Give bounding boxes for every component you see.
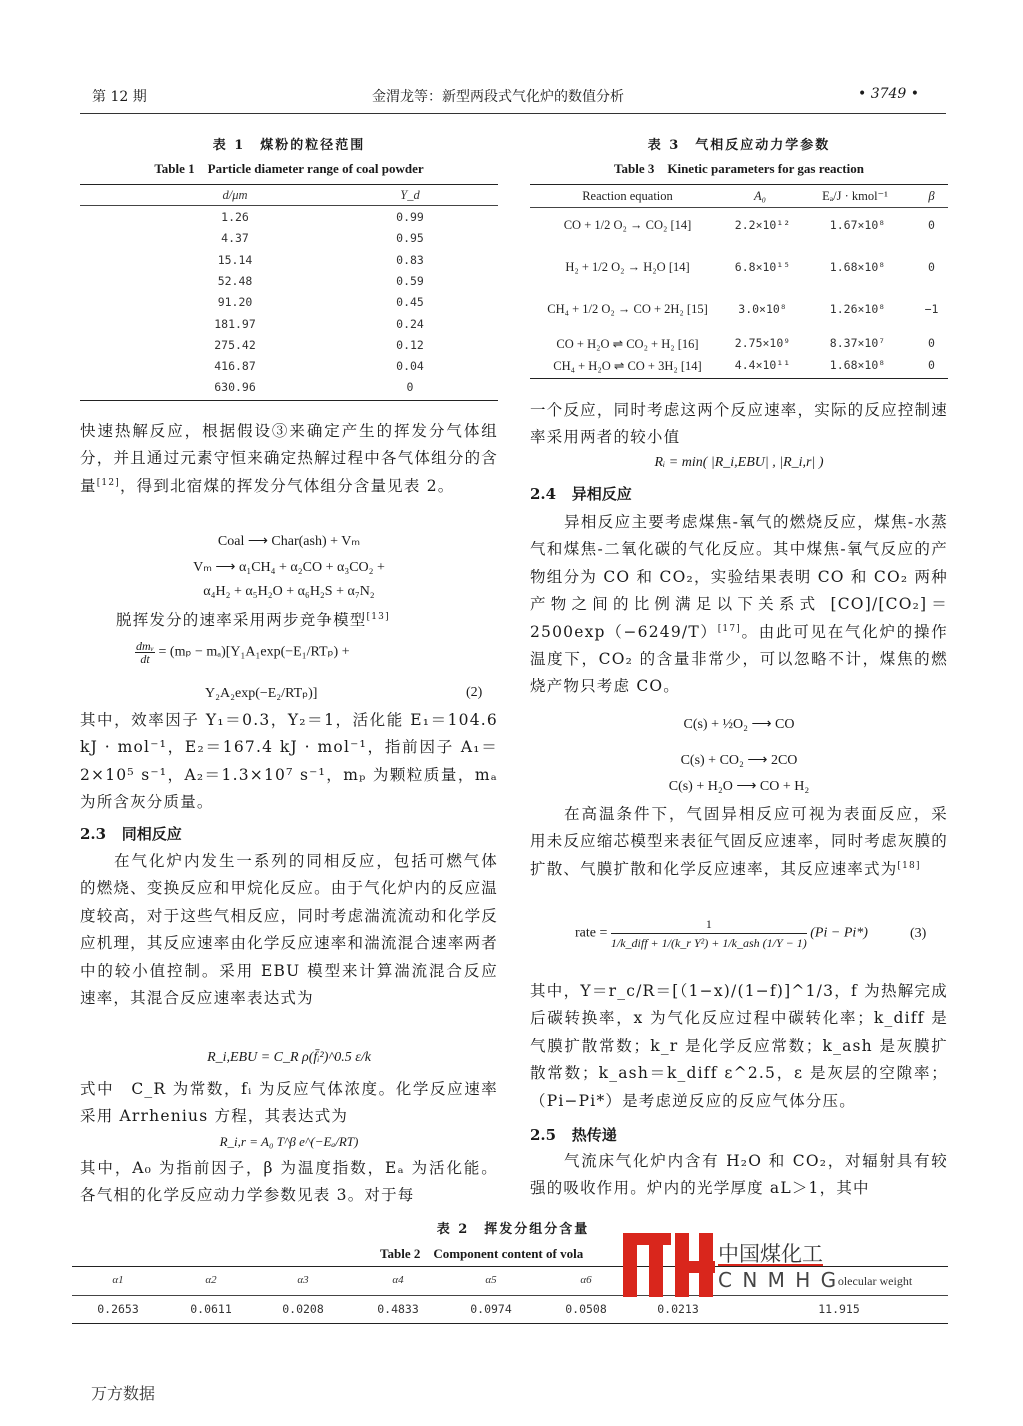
table2-caption-cn: 表 2 挥发分组分含量: [80, 1218, 946, 1237]
table1-cell-d: 275.42: [155, 338, 315, 352]
table1-cell-d: 91.20: [155, 295, 315, 309]
table1-caption-en: Table 1 Particle diameter range of coal …: [80, 158, 498, 177]
left-paragraph-4: 在气化炉内发生一系列的同相反应，包括可燃气体的燃烧、变换反应和甲烷化反应。由于气…: [80, 848, 498, 1012]
right-paragraph-4: 其中，Y＝r_c/R＝[（1−x)/(1−f)]^1/3，f 为热解完成后碳转换…: [530, 978, 948, 1115]
table3-header-rule: [530, 207, 948, 208]
watermark-divider: [718, 1264, 823, 1266]
table1-cell-yd: 0.99: [385, 210, 435, 224]
table2-header-rule: [72, 1295, 948, 1296]
table1-cell-yd: 0.95: [385, 231, 435, 245]
table1-cell-yd: 0.04: [385, 359, 435, 373]
table3-cell-beta: 0: [915, 336, 948, 350]
table2-cell: 0.4833: [352, 1302, 444, 1316]
table2-col-header: α5: [445, 1274, 537, 1286]
table1-col-yd: Y_d: [385, 188, 435, 203]
table3-cell-ea: 1.67×10⁸: [800, 218, 915, 232]
left-paragraph-3: 其中，效率因子 Y₁＝0.3，Y₂＝1，活化能 E₁＝104.6 kJ · mo…: [80, 707, 498, 817]
running-title: 金渭龙等：新型两段式气化炉的数值分析: [372, 86, 624, 106]
section-2-5-heading: 2.5 热传递: [530, 1124, 617, 1145]
table3-cell-beta: 0: [915, 260, 948, 274]
table1-cell-d: 15.14: [155, 253, 315, 267]
table2-bottom-rule: [72, 1323, 948, 1324]
citation: [17]: [718, 623, 741, 633]
table3-cell-equation: H₂ + 1/2 O₂ → H₂O [14]: [530, 260, 725, 275]
table2-cell: 11.915: [730, 1302, 948, 1316]
table3-cell-ea: 1.68×10⁸: [800, 358, 915, 372]
watermark-en-text: C N M H G: [718, 1268, 838, 1292]
table1-cell-d: 1.26: [155, 210, 315, 224]
cnmhg-logo-icon: [623, 1233, 713, 1297]
table2-col-header: α1: [72, 1274, 164, 1286]
equation-3-number: (3): [910, 926, 926, 942]
table2-col-header: α2: [165, 1274, 257, 1286]
table2-caption-en: Table 2 Component content of vola: [380, 1243, 583, 1262]
equation-2-line-2: Y₂A₂exp(−E₂/RTₚ)]: [205, 685, 317, 702]
right-paragraph-2: 异相反应主要考虑煤焦-氧气的燃烧反应，煤焦-水蒸气和煤焦-二氧化碳的气化反应。其…: [530, 509, 948, 701]
equation-char-steam: C(s) + H₂O ⟶ CO + H₂: [530, 778, 948, 795]
section-2-4-heading: 2.4 异相反应: [530, 483, 632, 504]
equation-coal-pyrolysis: Coal ⟶ Char(ash) + Vₘ: [80, 533, 498, 550]
table1-caption-cn: 表 1 煤粉的粒径范围: [80, 134, 498, 153]
table2-cell: 0.2653: [72, 1302, 164, 1316]
table3-cell-a0: 2.2×10¹²: [725, 218, 800, 232]
page-number: • 3749 •: [858, 86, 919, 102]
table3-cell-equation: CO + H₂O ⇌ CO₂ + H₂ [16]: [530, 336, 725, 352]
right-paragraph-1: 一个反应，同时考虑这两个反应速率，实际的反应控制速率采用两者的较小值: [530, 397, 948, 452]
table3-cell-equation: CH₄ + 1/2 O₂ → CO + 2H₂ [15]: [530, 302, 725, 317]
left-paragraph-5: 式中 C_R 为常数，fᵢ 为反应气体浓度。化学反应速率采用 Arrhenius…: [80, 1076, 498, 1131]
table1-cell-d: 52.48: [155, 274, 315, 288]
table3-col-ea: Eₐ/J · kmol⁻¹: [795, 186, 915, 206]
table3-col-beta: β: [915, 186, 948, 206]
table1-bottom-rule: [80, 400, 498, 401]
table1-header-rule: [80, 205, 498, 206]
table2-cell: 0.0508: [540, 1302, 632, 1316]
section-2-3-heading: 2.3 同相反应: [80, 823, 182, 844]
table1-col-d: d/μm: [155, 188, 315, 203]
table1-cell-yd: 0.59: [385, 274, 435, 288]
table2-col-header: α4: [352, 1274, 444, 1286]
equation-char-co2: C(s) + CO₂ ⟶ 2CO: [530, 752, 948, 769]
table3-top-rule: [530, 184, 948, 185]
left-paragraph-1: 快速热解反应，根据假设③来确定产生的挥发分气体组分，并且通过元素守恒来确定热解过…: [80, 418, 498, 500]
table1-cell-yd: 0.83: [385, 253, 435, 267]
left-paragraph-6: 其中，A₀ 为指前因子，β 为温度指数，Eₐ 为活化能。各气相的化学反应动力学参…: [80, 1155, 498, 1210]
table3-cell-ea: 1.68×10⁸: [800, 260, 915, 274]
table3-cell-equation: CH₄ + H₂O ⇌ CO + 3H₂ [14]: [530, 358, 725, 374]
equation-char-oxygen: C(s) + ½O₂ ⟶ CO: [530, 716, 948, 733]
table2-col-header: α6: [540, 1274, 632, 1286]
table1-cell-d: 181.97: [155, 317, 315, 331]
table1-cell-yd: 0.45: [385, 295, 435, 309]
table2-cell: 0.0974: [445, 1302, 537, 1316]
table3-cell-equation: CO + 1/2 O₂ → CO₂ [14]: [530, 218, 725, 233]
citation: [12]: [97, 478, 120, 488]
table1-top-rule: [80, 184, 498, 185]
table2-col-header: α3: [257, 1274, 349, 1286]
equation-min-rate: Rᵢ = min( |R_i,EBU| , |R_i,r| ): [530, 455, 948, 471]
table3: Reaction equation A₀ Eₐ/J · kmol⁻¹ β: [530, 186, 948, 206]
header-rule: [80, 113, 946, 114]
table3-caption-cn: 表 3 气相反应动力学参数: [530, 134, 948, 153]
equation-volatile-2: α₄H₂ + α₅H₂O + α₆H₂S + α₇N₂: [80, 584, 498, 600]
right-paragraph-5: 气流床气化炉内含有 H₂O 和 CO₂，对辐射具有较强的吸收作用。炉内的光学厚度…: [530, 1148, 948, 1203]
table2-cell: 0.0611: [165, 1302, 257, 1316]
footer-source: 万方数据: [91, 1381, 155, 1404]
table3-cell-a0: 3.0×10⁸: [725, 302, 800, 316]
right-paragraph-3: 在高温条件下，气固异相反应可视为表面反应，采用未反应缩芯模型来表征气固反应速率，…: [530, 801, 948, 883]
table3-header-row: Reaction equation A₀ Eₐ/J · kmol⁻¹ β: [530, 186, 948, 206]
table3-caption-en: Table 3 Kinetic parameters for gas react…: [530, 158, 948, 177]
table3-cell-beta: 0: [915, 358, 948, 372]
citation: [18]: [897, 861, 920, 871]
table1-cell-d: 4.37: [155, 231, 315, 245]
table3-cell-beta: 0: [915, 218, 948, 232]
left-paragraph-2: 脱挥发分的速率采用两步竞争模型[13]: [116, 607, 496, 634]
table3-cell-a0: 6.8×10¹⁵: [725, 260, 800, 274]
table1-cell-d: 630.96: [155, 380, 315, 394]
table3-cell-beta: −1: [915, 302, 948, 316]
table1-cell-d: 416.87: [155, 359, 315, 373]
table3-bottom-rule: [530, 378, 948, 379]
equation-3: rate = 1 1/k_diff + 1/(k_r Y²) + 1/k_ash…: [575, 915, 868, 952]
table3-col-reaction: Reaction equation: [530, 186, 725, 206]
issue-label: 第 12 期: [92, 86, 147, 106]
table1-cell-yd: 0.12: [385, 338, 435, 352]
table3-cell-ea: 8.37×10⁷: [800, 336, 915, 350]
equation-2-number: (2): [466, 685, 482, 701]
table3-col-a0: A₀: [725, 186, 795, 206]
equation-ebu: R_i,EBU = C_R ρ(f̄ᵢ²)^0.5 ε/k: [80, 1050, 498, 1066]
table3-cell-a0: 2.75×10⁹: [725, 336, 800, 350]
table1-cell-yd: 0: [385, 380, 435, 394]
table1-cell-yd: 0.24: [385, 317, 435, 331]
table3-cell-a0: 4.4×10¹¹: [725, 358, 800, 372]
table2-cell: 0.0208: [257, 1302, 349, 1316]
equation-2-line-1: dmᵥdt = (mₚ − mₐ)[Y₁A₁exp(−E₁/RTₚ) +: [135, 640, 350, 665]
table2-cell: 0.0213: [632, 1302, 724, 1316]
equation-arrhenius: R_i,r = A₀ T^β e^(−Eₐ/RT): [80, 1134, 498, 1150]
table3-cell-ea: 1.26×10⁸: [800, 302, 915, 316]
equation-volatile-1: Vₘ ⟶ α₁CH₄ + α₂CO + α₃CO₂ +: [80, 559, 498, 576]
citation: [13]: [367, 612, 390, 622]
